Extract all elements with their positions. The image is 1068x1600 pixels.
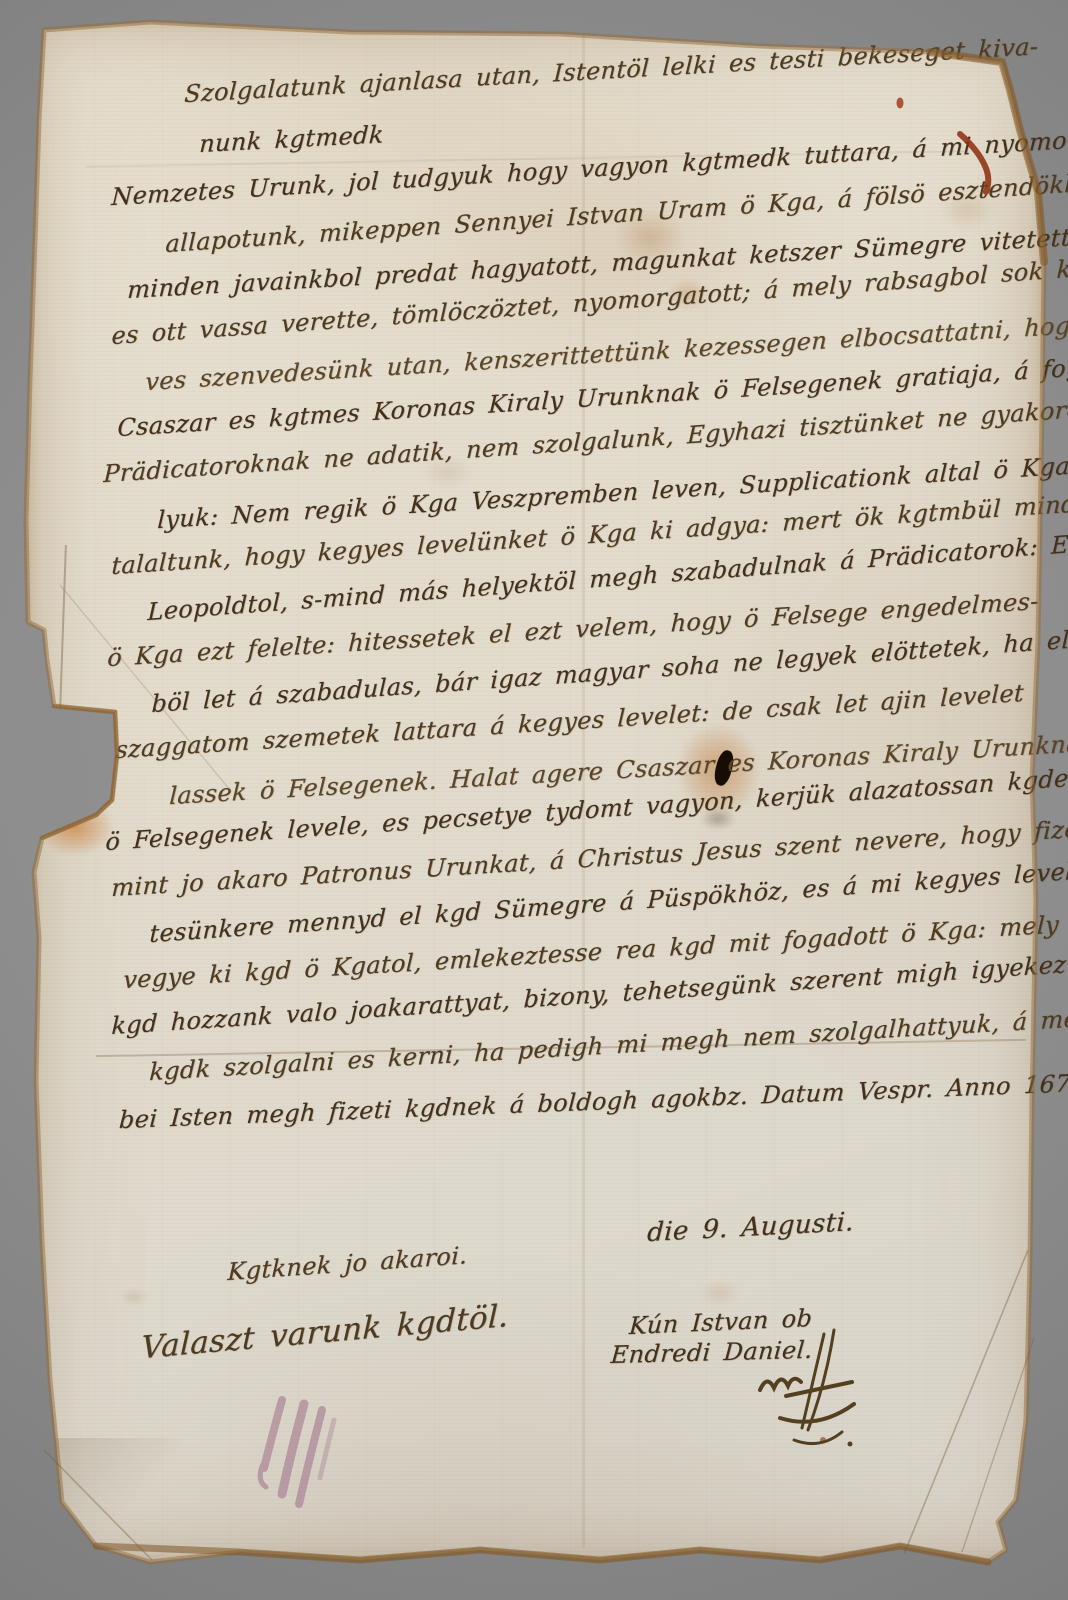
signature-name: Endredi Daniel. <box>610 1336 814 1369</box>
crease-vertical <box>59 545 67 710</box>
photo-background: Szolgalatunk ajanlasa utan, Istentöl lel… <box>0 0 1068 1600</box>
speck <box>820 1437 826 1443</box>
corner-fold-shade <box>26 1438 186 1564</box>
stain <box>700 1280 740 1306</box>
rust-stain-core <box>48 806 78 828</box>
rust-stain <box>36 798 114 856</box>
stain <box>120 1288 148 1306</box>
